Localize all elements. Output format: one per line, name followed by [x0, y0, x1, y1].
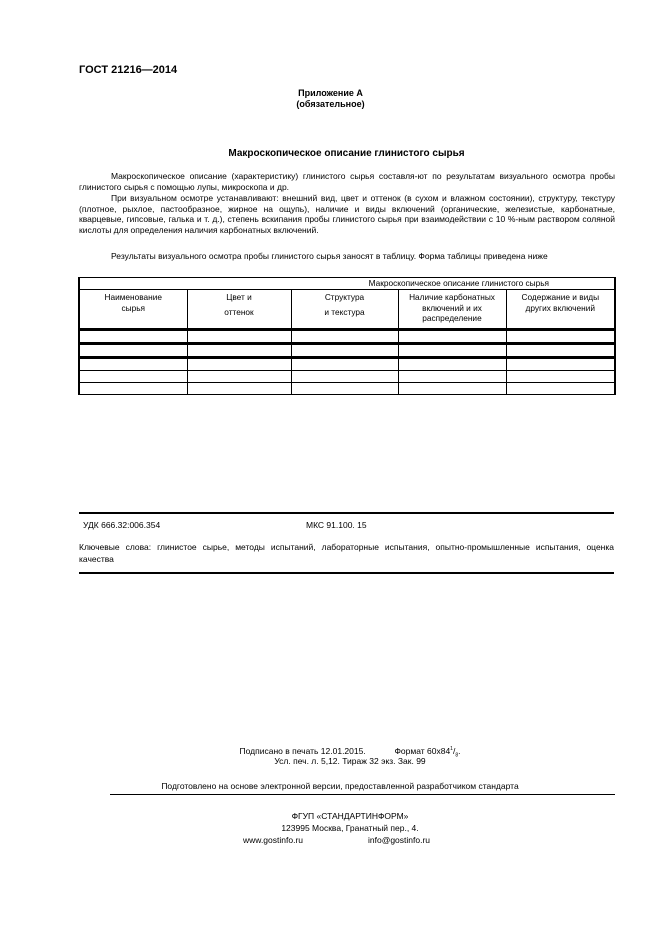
table-row	[79, 383, 615, 395]
paper-format: Формат 60x84	[394, 746, 450, 756]
column-header-color: Цвет иоттенок	[187, 290, 291, 330]
mks-code: МКС 91.100. 15	[306, 520, 367, 530]
paragraph-2-text: При визуальном осмотре устанавливают: вн…	[79, 193, 615, 235]
table-row	[79, 371, 615, 383]
appendix-title: Приложение А	[0, 88, 661, 99]
prepared-note: Подготовлено на основе электронной верси…	[0, 781, 661, 792]
description-table: Макроскопическое описание глинистого сыр…	[78, 277, 616, 395]
column-header-name: Наименованиесырья	[79, 290, 187, 330]
paragraph-1-text: Макроскопическое описание (характеристик…	[79, 171, 615, 192]
publisher-address: 123995 Москва, Гранатный пер., 4.	[0, 823, 661, 834]
udk-code: УДК 666.32:006.354	[83, 520, 160, 530]
divider-top	[79, 512, 614, 514]
paragraph-2: При визуальном осмотре устанавливают: вн…	[79, 193, 615, 235]
publisher-name: ФГУП «СТАНДАРТИНФОРМ»	[0, 811, 661, 822]
paragraph-3-text: Результаты визуального осмотра пробы гли…	[111, 251, 548, 261]
prepared-underline	[110, 794, 615, 795]
table-row	[79, 344, 615, 358]
table-caption: Макроскопическое описание глинистого сыр…	[79, 278, 615, 290]
keywords: Ключевые слова: глинистое сырье, методы …	[79, 541, 614, 565]
section-title: Макроскопическое описание глинистого сыр…	[0, 148, 661, 159]
appendix-status: (обязательное)	[0, 99, 661, 110]
paragraph-3: Результаты визуального осмотра пробы гли…	[79, 251, 615, 262]
appendix-heading: Приложение А (обязательное)	[0, 88, 661, 110]
print-info: Усл. печ. л. 5,12. Тираж 32 экз. Зак. 99	[0, 756, 661, 767]
website-link[interactable]: www.gostinfo.ru	[243, 835, 303, 845]
column-header-structure: Структураи текстура	[291, 290, 398, 330]
table-row	[79, 358, 615, 371]
column-header-carbonate: Наличие карбонатныхвключений и ихраспред…	[398, 290, 506, 330]
divider-bottom	[79, 572, 614, 574]
email-link[interactable]: info@gostinfo.ru	[368, 835, 430, 845]
column-header-other-inclusions: Содержание и видыдругих включений	[506, 290, 615, 330]
table-row	[79, 330, 615, 344]
signed-date: Подписано в печать 12.01.2015.	[240, 746, 366, 756]
paragraph-1: Макроскопическое описание (характеристик…	[79, 171, 615, 192]
standard-id: ГОСТ 21216—2014	[79, 64, 177, 76]
